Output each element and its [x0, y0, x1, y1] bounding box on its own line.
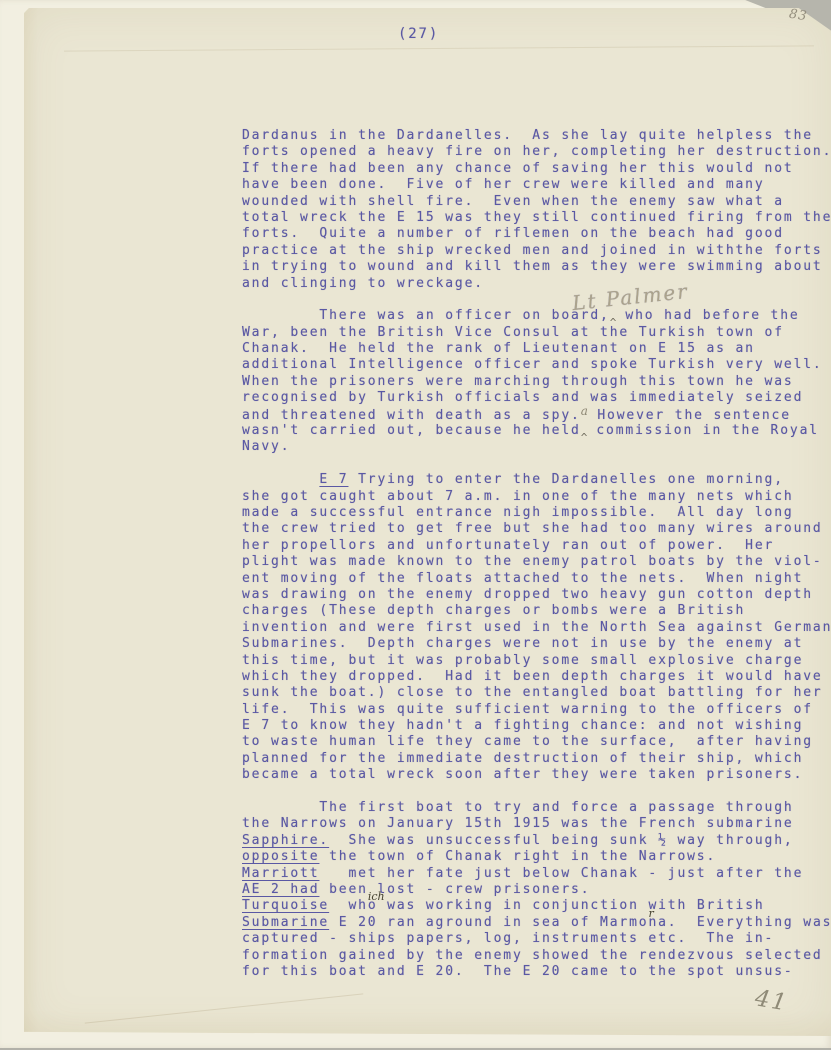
text-line: Turquoise whoich was working in conjunct… — [242, 898, 831, 914]
text-line: Chanak. He held the rank of Lieutenant o… — [242, 341, 831, 357]
typed-text: who had before the — [616, 308, 800, 323]
typed-text: which they dropped. Had it been depth ch… — [242, 669, 823, 684]
typed-text: been lost - crew prisoners. — [319, 882, 590, 897]
typed-text-block: Dardanus in the Dardanelles. As she lay … — [242, 128, 831, 997]
underlined-text: AE 2 had — [242, 882, 319, 897]
typed-text: There was an officer on board, — [242, 308, 610, 323]
text-line: When the prisoners were marching through… — [242, 374, 831, 390]
underlined-text: E 7 — [319, 472, 348, 487]
photographed-document: { "colors": { "ink": "#5a58a4", "pencil"… — [0, 0, 831, 1050]
typed-text: When the prisoners were marching through… — [242, 374, 794, 389]
typed-text: War, been the British Vice Consul at the… — [242, 325, 784, 340]
typed-text: The first boat to try and force a passag… — [242, 800, 794, 815]
typed-text: total wreck the E 15 was they still cont… — [242, 210, 831, 225]
typed-text: additional Intelligence officer and spok… — [242, 357, 823, 372]
text-line: wasn't carried out, because he held^ com… — [242, 423, 831, 439]
typed-text: Submarines. Depth charges were not in us… — [242, 636, 803, 651]
text-line: sunk the boat.) close to the entangled b… — [242, 685, 831, 701]
text-line: in trying to wound and kill them as they… — [242, 259, 831, 275]
typed-text: plight was made known to the enemy patro… — [242, 554, 823, 569]
text-line: Submarine E 20 ran aground in sea of Mar… — [242, 915, 831, 931]
typed-text: life. This was quite sufficient warning … — [242, 702, 813, 717]
paper-crease — [64, 45, 814, 51]
text-line: forts. Quite a number of riflemen on the… — [242, 226, 831, 242]
typed-text: the crew tried to get free but she had t… — [242, 521, 823, 536]
typed-text: Chanak. He held the rank of Lieutenant o… — [242, 341, 755, 356]
typed-text: she got caught about 7 a.m. in one of th… — [242, 489, 794, 504]
typed-text: this time, but it was probably some smal… — [242, 653, 803, 668]
typed-text: wasn't carried out, because he held — [242, 423, 581, 438]
typed-text: E 20 ran aground in sea of Marmo — [329, 915, 648, 930]
text-line: to waste human life they came to the sur… — [242, 734, 831, 750]
paragraph: Lt Palmer There was an officer on board,… — [242, 308, 831, 456]
handwritten-insert: a — [581, 403, 588, 419]
text-line: charges (These depth charges or bombs we… — [242, 603, 831, 619]
text-line: Dardanus in the Dardanelles. As she lay … — [242, 128, 831, 144]
paragraph: Dardanus in the Dardanelles. As she lay … — [242, 128, 831, 292]
text-line: additional Intelligence officer and spok… — [242, 357, 831, 373]
text-line: and threatened with death as a spy.a How… — [242, 407, 831, 423]
typed-text: Dardanus in the Dardanelles. As she lay … — [242, 128, 813, 143]
typed-text: practice at the ship wrecked men and joi… — [242, 243, 823, 258]
page-number: (27) — [398, 26, 439, 42]
underlined-text: Marriott — [242, 866, 319, 881]
typed-text: a. Everything was — [658, 915, 831, 930]
typed-text: wh — [329, 898, 368, 913]
typed-text: formation gained by the enemy showed the… — [242, 948, 823, 963]
text-line: forts opened a heavy fire on her, comple… — [242, 144, 831, 160]
text-line: this time, but it was probably some smal… — [242, 653, 831, 669]
document-page: (27) Dardanus in the Dardanelles. As she… — [24, 8, 831, 1036]
paragraph: E 7 Trying to enter the Dardanelles one … — [242, 472, 831, 783]
pencil-number-bottom-right: 41 — [753, 985, 790, 1016]
text-line: the crew tried to get free but she had t… — [242, 521, 831, 537]
typed-text: the Narrows on January 15th 1915 was the… — [242, 816, 794, 831]
typed-text: commission in the Royal — [587, 423, 819, 438]
handwritten-correction: ich — [368, 889, 385, 905]
typed-text: have been done. Five of her crew were ki… — [242, 177, 765, 192]
underlined-text: Submarine — [242, 915, 329, 930]
text-line: E 7 Trying to enter the Dardanelles one … — [242, 472, 831, 488]
typed-text: and threatened with death as a spy. — [242, 408, 581, 423]
text-line: the Narrows on January 15th 1915 was the… — [242, 816, 831, 832]
handwritten-correction: r — [648, 906, 653, 922]
underlined-text: Sapphire. — [242, 833, 329, 848]
text-line: opposite the town of Chanak right in the… — [242, 849, 831, 865]
text-line: captured - ships papers, log, instrument… — [242, 931, 831, 947]
text-line: recognised by Turkish officials and was … — [242, 390, 831, 406]
typed-text: planned for the immediate destruction of… — [242, 751, 803, 766]
text-line: If there had been any chance of saving h… — [242, 161, 831, 177]
typed-char-corrected: nr — [648, 915, 658, 931]
typed-text: was drawing on the enemy dropped two hea… — [242, 587, 813, 602]
pencil-number-top-right: 83 — [788, 7, 808, 24]
typed-text: and clinging to wreckage. — [242, 276, 484, 291]
text-line: Submarines. Depth charges were not in us… — [242, 636, 831, 652]
text-line: and clinging to wreckage. — [242, 276, 831, 292]
typed-text: became a total wreck soon after they wer… — [242, 767, 803, 782]
typed-text: her propellors and unfortunately ran out… — [242, 538, 774, 553]
text-line: E 7 to know they hadn't a fighting chanc… — [242, 718, 831, 734]
typed-text: captured - ships papers, log, instrument… — [242, 931, 774, 946]
text-line: Marriott met her fate just below Chanak … — [242, 866, 831, 882]
typed-text: E 7 to know they hadn't a fighting chanc… — [242, 718, 803, 733]
text-line: made a successful entrance nigh impossib… — [242, 505, 831, 521]
text-line: planned for the immediate destruction of… — [242, 751, 831, 767]
typed-text: Navy. — [242, 439, 290, 454]
text-line: The first boat to try and force a passag… — [242, 800, 831, 816]
typed-text: However the sentence — [588, 408, 791, 423]
typed-text: ent moving of the floats attached to the… — [242, 571, 803, 586]
text-line: plight was made known to the enemy patro… — [242, 554, 831, 570]
text-line: invention and were first used in the Nor… — [242, 620, 831, 636]
paper-crease — [85, 993, 364, 1023]
text-line: formation gained by the enemy showed the… — [242, 948, 831, 964]
text-line: Lt Palmer There was an officer on board,… — [242, 308, 831, 324]
typed-text: forts opened a heavy fire on her, comple… — [242, 144, 831, 159]
text-line: wounded with shell fire. Even when the e… — [242, 194, 831, 210]
paragraph: The first boat to try and force a passag… — [242, 800, 831, 980]
typed-text: She was unsuccessful being sunk ½ way th… — [329, 833, 793, 848]
text-line: total wreck the E 15 was they still cont… — [242, 210, 831, 226]
typed-text: Trying to enter the Dardanelles one morn… — [348, 472, 783, 487]
typed-text: to waste human life they came to the sur… — [242, 734, 813, 749]
text-line: Navy. — [242, 439, 831, 455]
text-line: AE 2 had been lost - crew prisoners. — [242, 882, 831, 898]
underlined-text: opposite — [242, 849, 319, 864]
text-line: Sapphire. She was unsuccessful being sun… — [242, 833, 831, 849]
text-line: practice at the ship wrecked men and joi… — [242, 243, 831, 259]
typed-text: wounded with shell fire. Even when the e… — [242, 194, 784, 209]
typed-text: in trying to wound and kill them as they… — [242, 259, 823, 274]
typed-text: the town of Chanak right in the Narrows. — [319, 849, 716, 864]
text-line: ent moving of the floats attached to the… — [242, 571, 831, 587]
text-line: life. This was quite sufficient warning … — [242, 702, 831, 718]
typed-text: met her fate just below Chanak - just af… — [319, 866, 803, 881]
typed-text: was working in conjunction with British — [378, 898, 765, 913]
typed-text: sunk the boat.) close to the entangled b… — [242, 685, 823, 700]
text-line: became a total wreck soon after they wer… — [242, 767, 831, 783]
typed-text: made a successful entrance nigh impossib… — [242, 505, 794, 520]
text-line: was drawing on the enemy dropped two hea… — [242, 587, 831, 603]
text-line: she got caught about 7 a.m. in one of th… — [242, 489, 831, 505]
typed-char-corrected: oich — [368, 898, 378, 914]
text-line: her propellors and unfortunately ran out… — [242, 538, 831, 554]
text-line: have been done. Five of her crew were ki… — [242, 177, 831, 193]
typed-text: invention and were first used in the Nor… — [242, 620, 831, 635]
text-line: for this boat and E 20. The E 20 came to… — [242, 964, 831, 980]
typed-text: forts. Quite a number of riflemen on the… — [242, 226, 784, 241]
text-line: War, been the British Vice Consul at the… — [242, 325, 831, 341]
typed-text: for this boat and E 20. The E 20 came to… — [242, 964, 794, 979]
typed-text: If there had been any chance of saving h… — [242, 161, 794, 176]
text-line: which they dropped. Had it been depth ch… — [242, 669, 831, 685]
typed-text: charges (These depth charges or bombs we… — [242, 603, 745, 618]
typed-text — [242, 472, 319, 487]
underlined-text: Turquoise — [242, 898, 329, 913]
typed-text: recognised by Turkish officials and was … — [242, 390, 803, 405]
